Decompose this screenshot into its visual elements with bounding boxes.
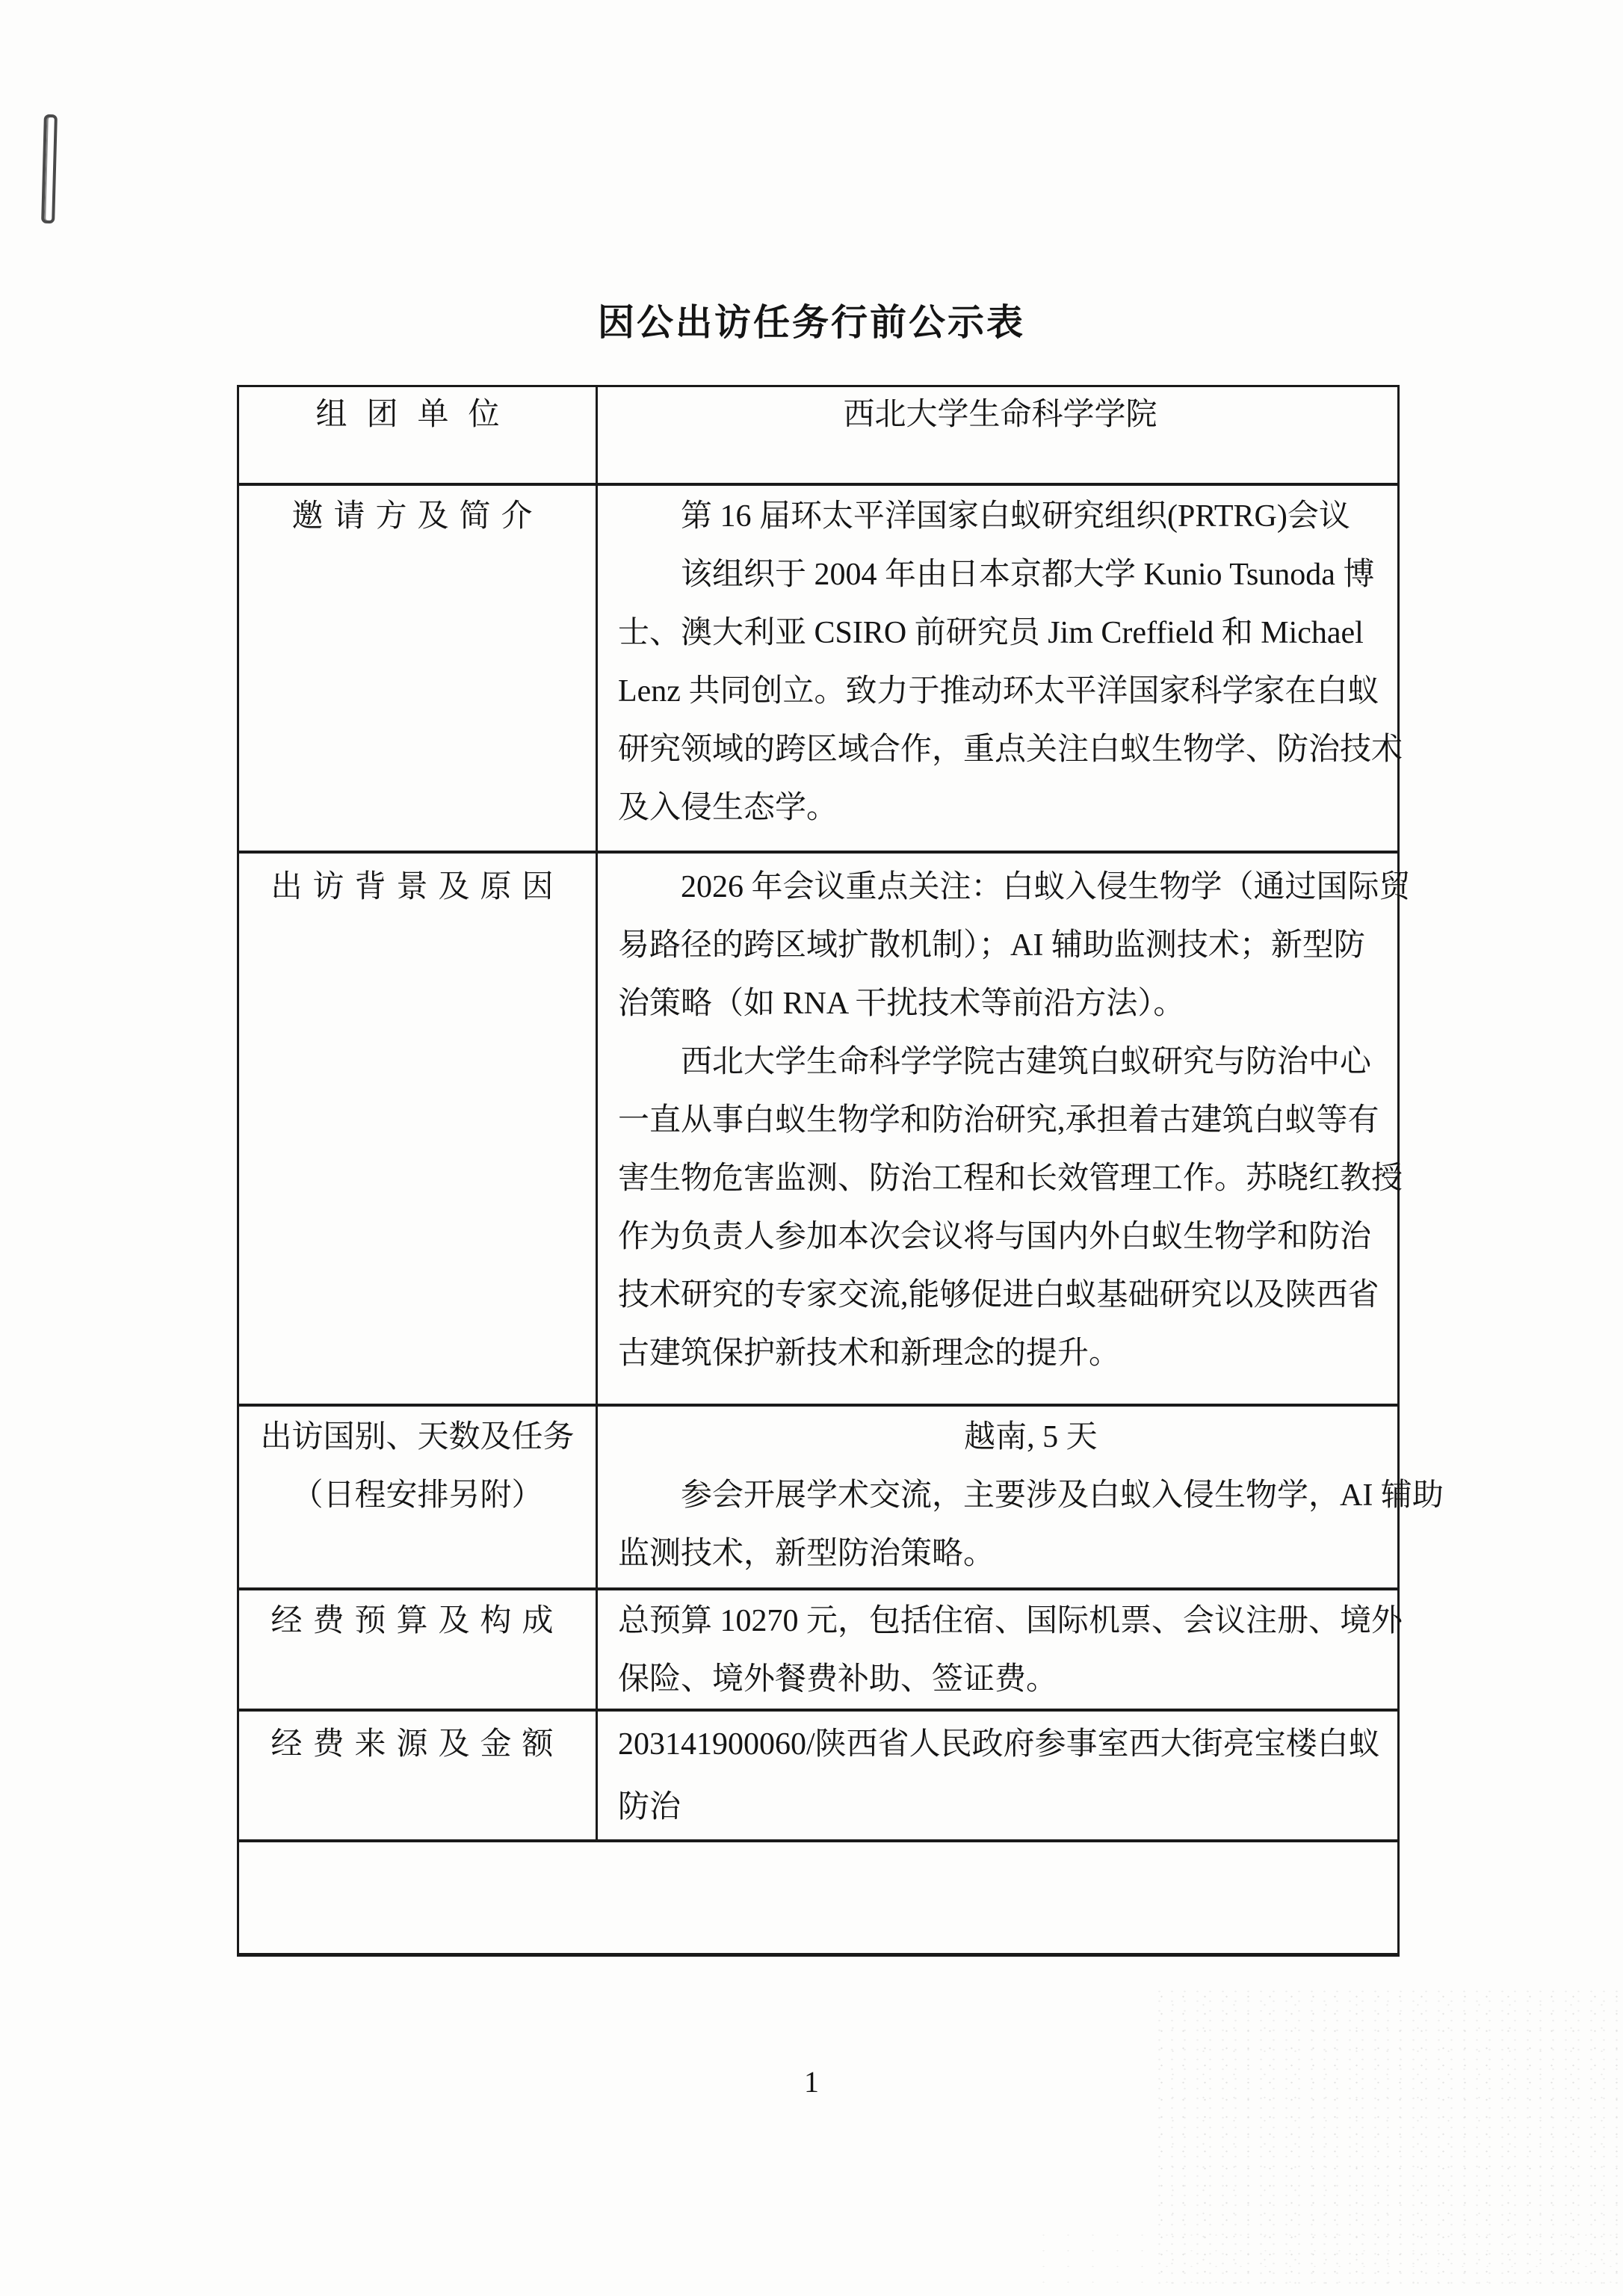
cell-text-line: 保险、境外餐费补助、签证费。: [618, 1650, 1403, 1709]
cell-text-line: 及入侵生态学。: [618, 779, 1403, 837]
cell-text-line: 2026 年会议重点关注：白蚁入侵生物学（通过国际贸: [618, 858, 1411, 916]
cell-text-line: Lenz 共同创立。致力于推动环太平洋国家科学家在白蚁: [618, 662, 1403, 720]
cell-text-line: 研究领域的跨区域合作，重点关注白蚁生物学、防治技术: [618, 720, 1403, 779]
row-label-cell: 经费来源及金额: [239, 1712, 598, 1839]
cell-text-line: 参会开展学术交流，主要涉及白蚁入侵生物学，AI 辅助: [618, 1466, 1444, 1525]
row-content-cell: 西北大学生命科学学院: [598, 387, 1397, 483]
page-title: 因公出访任务行前公示表: [0, 299, 1623, 347]
table-row-empty: [239, 1842, 1397, 1953]
table-row-budget-composition: 经费预算及构成 总预算 10270 元，包括住宿、国际机票、会议注册、境外 保险…: [239, 1590, 1397, 1712]
form-table: 组团单位 西北大学生命科学学院 邀请方及简介 第 16 届环太平洋国家白蚁研究组…: [237, 385, 1400, 1957]
table-row-organizing-unit: 组团单位 西北大学生命科学学院: [239, 387, 1397, 486]
row-content-cell: 第 16 届环太平洋国家白蚁研究组织(PRTRG)会议 该组织于 2004 年由…: [598, 486, 1418, 851]
cell-text-line: 203141900060/陕西省人民政府参事室西大街亮宝楼白蚁: [618, 1713, 1382, 1776]
cell-text-line: 治策略（如 RNA 干扰技术等前沿方法）。: [618, 975, 1411, 1033]
table-row-visit-background: 出访背景及原因 2026 年会议重点关注：白蚁入侵生物学（通过国际贸 易路径的跨…: [239, 854, 1397, 1407]
row-label: 经费来源及金额: [270, 1727, 563, 1762]
row-label: 组团单位: [315, 398, 519, 432]
cell-text-line: 总预算 10270 元，包括住宿、国际机票、会议注册、境外: [618, 1592, 1403, 1650]
cell-text-line: 越南, 5 天: [618, 1408, 1444, 1466]
row-label-cell: 组团单位: [239, 387, 598, 483]
cell-text-line: 西北大学生命科学学院古建筑白蚁研究与防治中心: [618, 1033, 1411, 1091]
cell-text-line: 一直从事白蚁生物学和防治研究,承担着古建筑白蚁等有: [618, 1091, 1411, 1149]
row-content-cell: 越南, 5 天 参会开展学术交流，主要涉及白蚁入侵生物学，AI 辅助 监测技术，…: [598, 1407, 1459, 1587]
row-label-cell: 经费预算及构成: [239, 1590, 598, 1709]
scanned-document-page: 因公出访任务行前公示表 组团单位 西北大学生命科学学院 邀请方及简介 第 16 …: [0, 0, 1623, 2296]
cell-text-line: 技术研究的专家交流,能够促进白蚁基础研究以及陕西省: [618, 1266, 1411, 1324]
cell-text-line: 第 16 届环太平洋国家白蚁研究组织(PRTRG)会议: [618, 487, 1403, 546]
row-label-cell: 邀请方及简介: [239, 486, 598, 851]
row-content-cell: 总预算 10270 元，包括住宿、国际机票、会议注册、境外 保险、境外餐费补助、…: [598, 1590, 1418, 1709]
staple-mark: [41, 114, 58, 223]
row-content-cell: 2026 年会议重点关注：白蚁入侵生物学（通过国际贸 易路径的跨区域扩散机制）；…: [598, 854, 1426, 1404]
row-label: 出访背景及原因: [270, 870, 563, 904]
cell-text-line: 易路径的跨区域扩散机制）；AI 辅助监测技术；新型防: [618, 916, 1411, 975]
row-label: 经费预算及构成: [270, 1604, 563, 1638]
row-content-cell: 203141900060/陕西省人民政府参事室西大街亮宝楼白蚁 防治: [598, 1712, 1397, 1839]
table-row-funding-source: 经费来源及金额 203141900060/陕西省人民政府参事室西大街亮宝楼白蚁 …: [239, 1712, 1397, 1842]
cell-text-line: 士、澳大利亚 CSIRO 前研究员 Jim Creffield 和 Michae…: [618, 604, 1403, 662]
cell-text-line: 监测技术，新型防治策略。: [618, 1525, 1444, 1583]
row-label-line: （日程安排另附）: [239, 1466, 596, 1525]
row-label: 邀请方及简介: [291, 499, 542, 534]
cell-text-line: 作为负责人参加本次会议将与国内外白蚁生物学和防治: [618, 1208, 1411, 1266]
cell-text-line: 该组织于 2004 年由日本京都大学 Kunio Tsunoda 博: [618, 546, 1403, 604]
row-label-cell: 出访背景及原因: [239, 854, 598, 1404]
cell-text-line: 古建筑保护新技术和新理念的提升。: [618, 1324, 1411, 1383]
scan-noise-texture: [1031, 2227, 1623, 2296]
row-label-cell: 出访国别、天数及任务 （日程安排另附）: [239, 1407, 598, 1587]
row-content-cell: [239, 1842, 1397, 1953]
table-row-destination-days-tasks: 出访国别、天数及任务 （日程安排另附） 越南, 5 天 参会开展学术交流，主要涉…: [239, 1407, 1397, 1590]
cell-text-line: 防治: [618, 1776, 1382, 1839]
table-row-inviter-intro: 邀请方及简介 第 16 届环太平洋国家白蚁研究组织(PRTRG)会议 该组织于 …: [239, 486, 1397, 854]
row-label-line: 出访国别、天数及任务: [239, 1408, 596, 1466]
cell-text-line: 害生物危害监测、防治工程和长效管理工作。苏晓红教授: [618, 1149, 1411, 1208]
cell-text-line: 西北大学生命科学学院: [618, 389, 1382, 441]
